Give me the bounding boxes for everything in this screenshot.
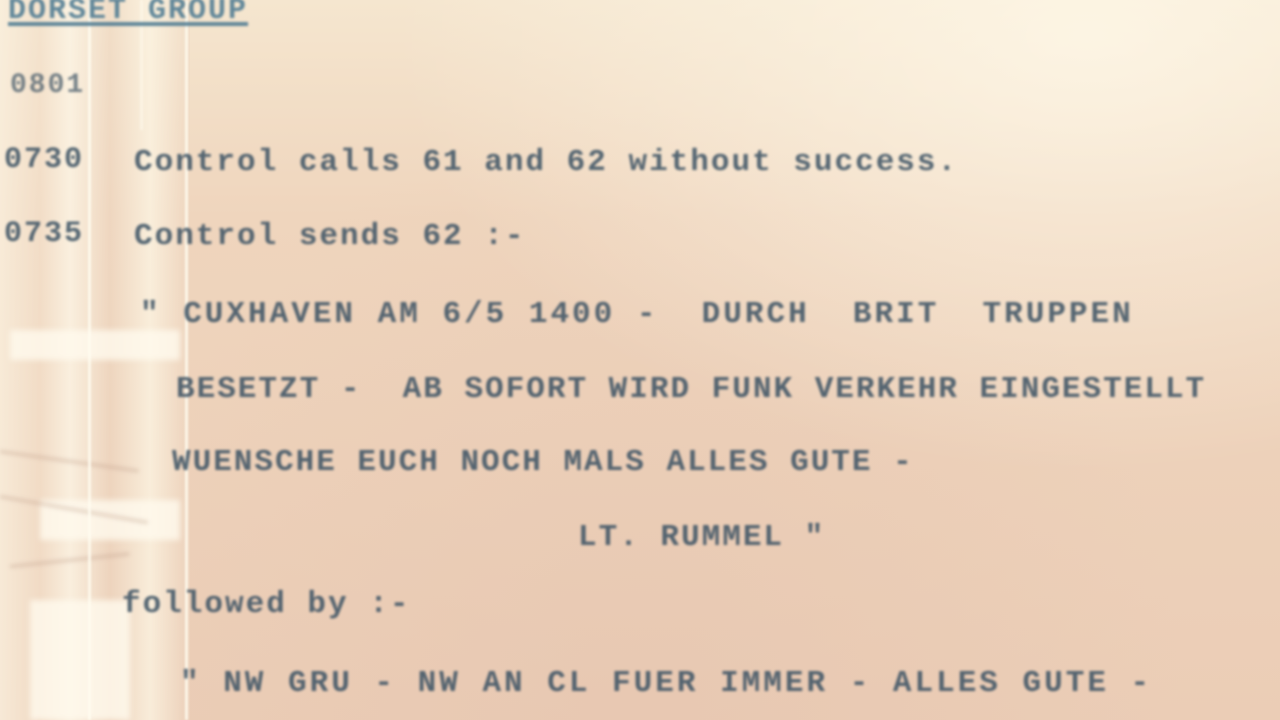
followed-by-label: followed by :- bbox=[122, 587, 410, 622]
entry-time: 0730 bbox=[4, 143, 84, 177]
entry-time: 0801 bbox=[10, 70, 85, 101]
message-line: " CUXHAVEN AM 6/5 1400 - DURCH BRIT TRUP… bbox=[140, 297, 1134, 332]
paper-fold bbox=[30, 600, 130, 720]
paper-fold bbox=[10, 330, 180, 360]
message-signature: LT. RUMMEL " bbox=[578, 520, 825, 555]
entry-time: 0735 bbox=[4, 217, 84, 251]
message-line: WUENSCHE EUCH NOCH MALS ALLES GUTE - bbox=[172, 445, 914, 480]
message-line: BESETZT - AB SOFORT WIRD FUNK VERKEHR EI… bbox=[176, 372, 1206, 407]
message-line: " NW GRU - NW AN CL FUER IMMER - ALLES G… bbox=[180, 666, 1152, 701]
document-heading: DORSET GROUP bbox=[8, 0, 248, 28]
entry-text: Control sends 62 :- bbox=[134, 219, 525, 254]
paper-edge-line bbox=[88, 0, 91, 720]
entry-text: Control calls 61 and 62 without success. bbox=[134, 145, 958, 180]
